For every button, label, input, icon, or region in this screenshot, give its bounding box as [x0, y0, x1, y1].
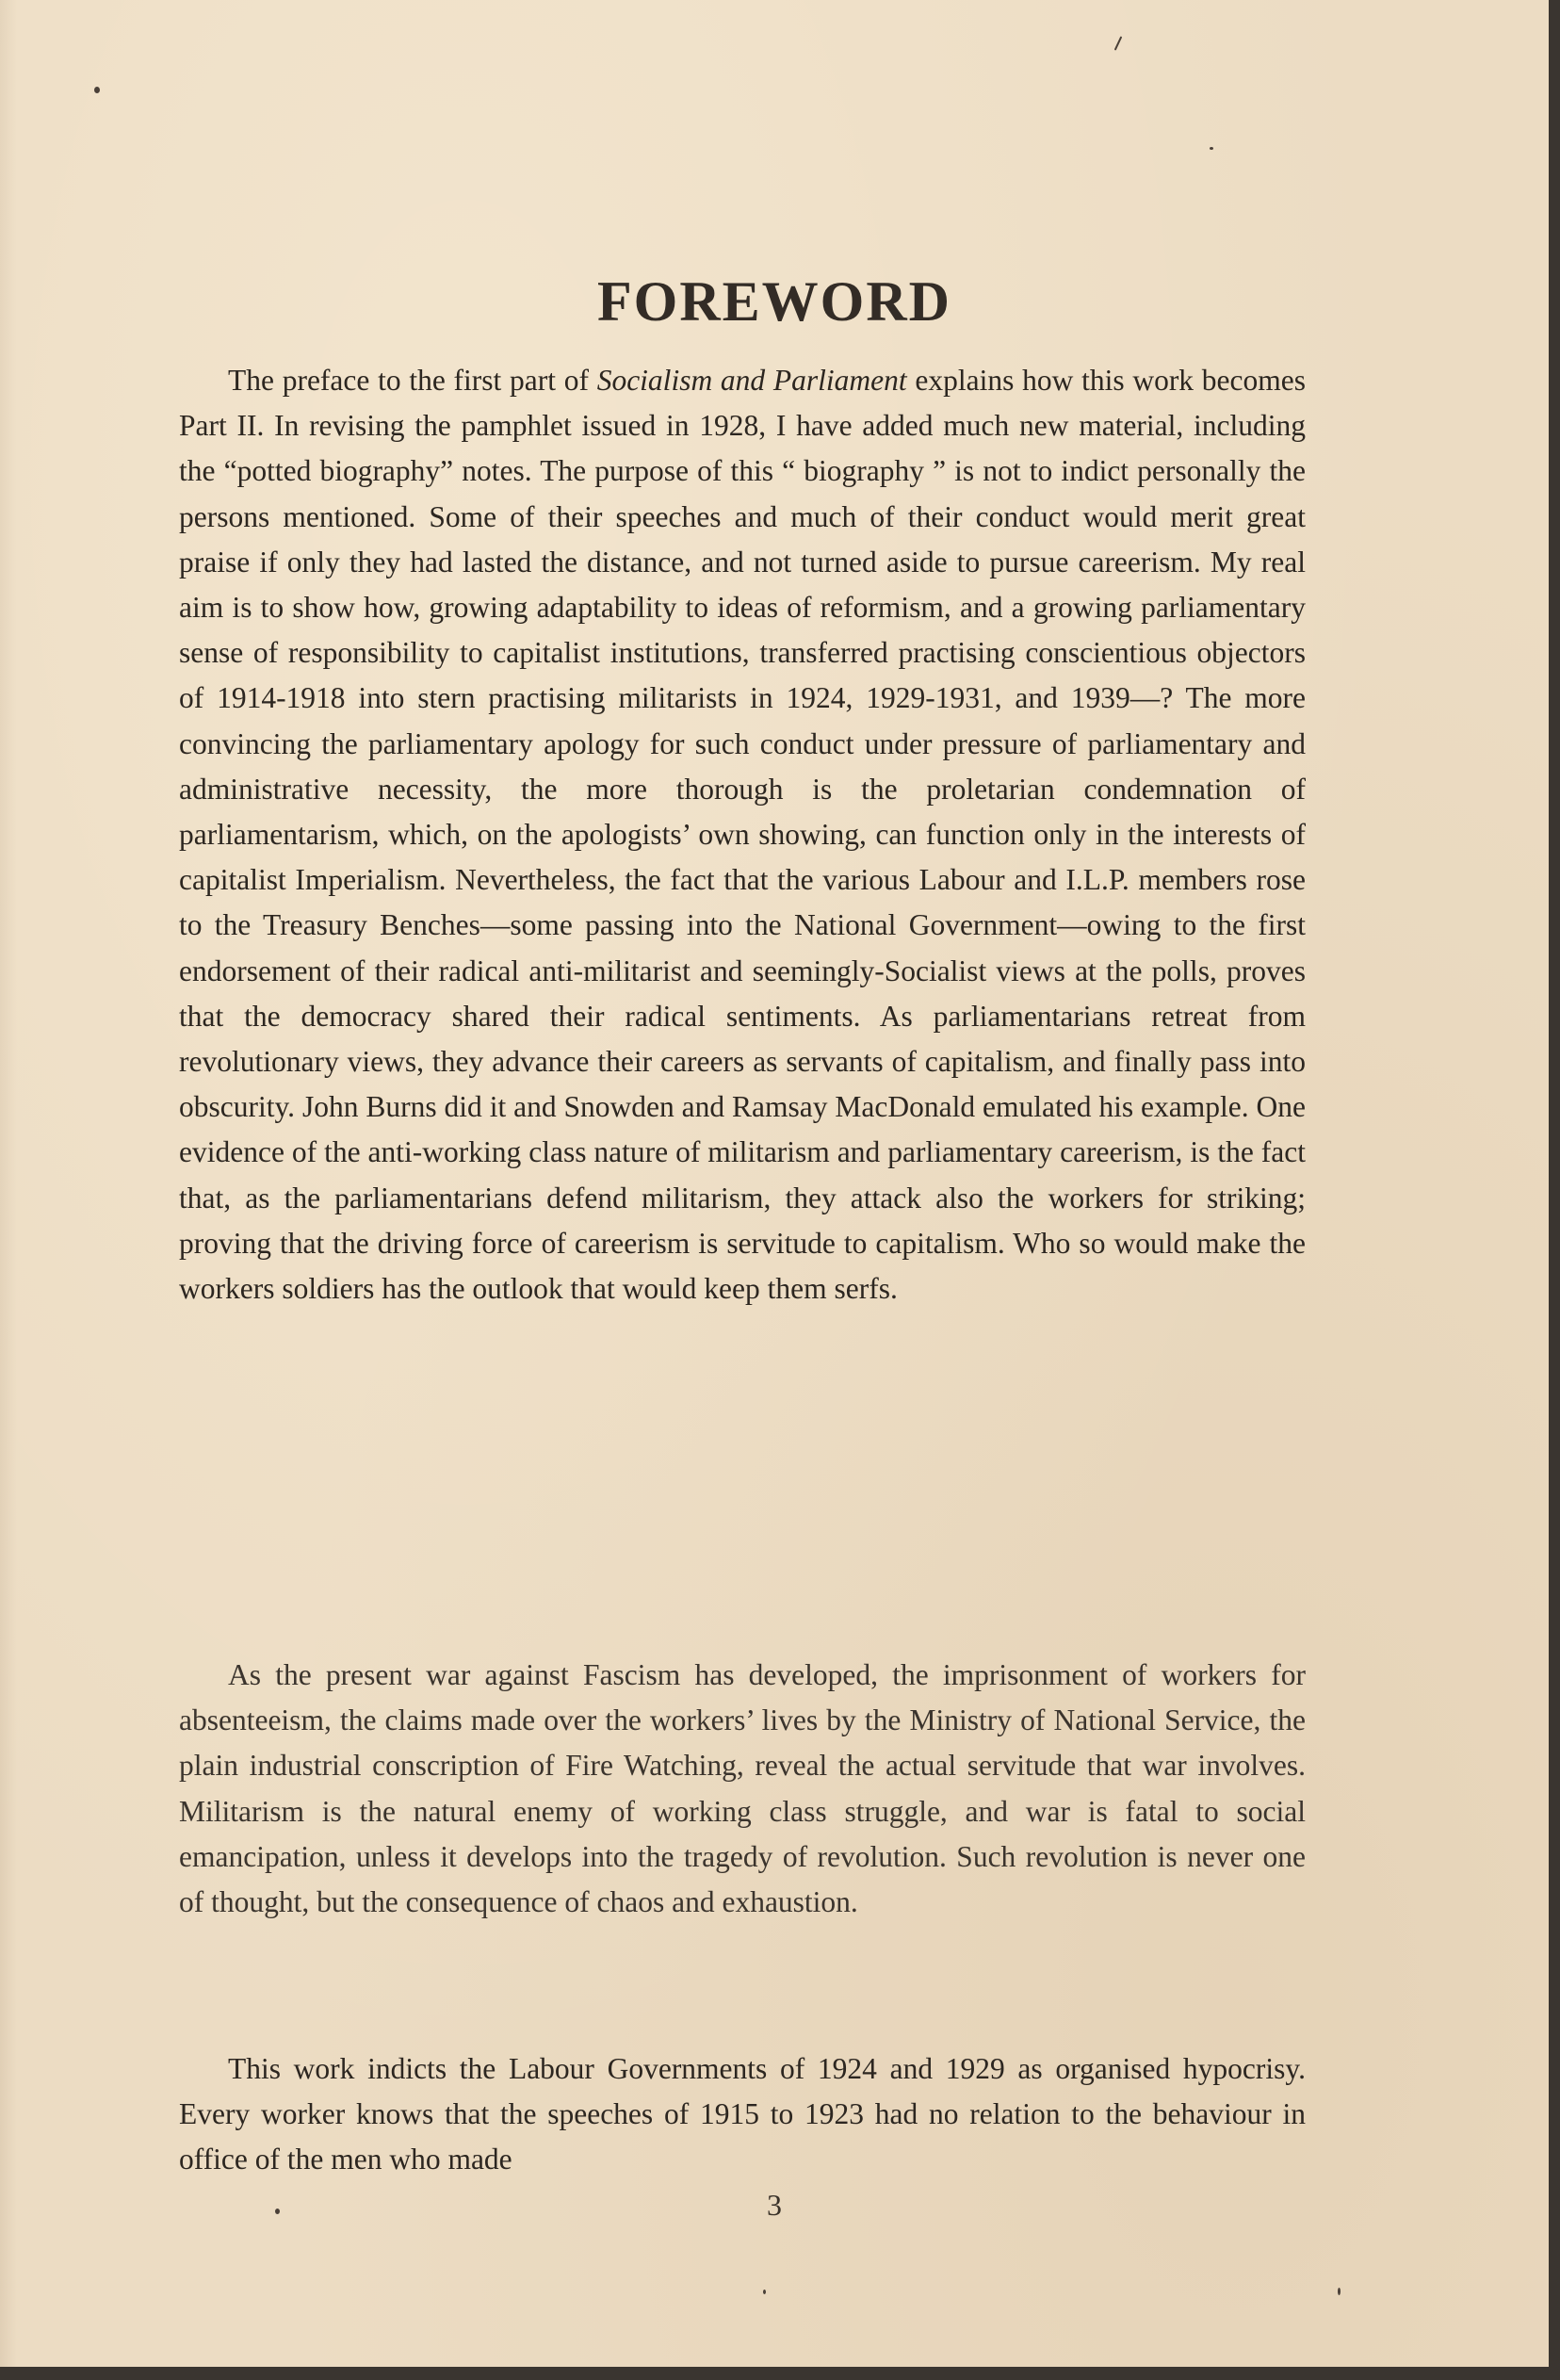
paragraph-2: As the present war against Fascism has d…: [179, 1653, 1306, 1925]
paragraph-3-text: This work indicts the Labour Governments…: [179, 2046, 1306, 2183]
document-page: FOREWORD The preface to the first part o…: [0, 0, 1549, 2367]
paper-speck: [1210, 147, 1213, 150]
paper-speck: [1114, 36, 1123, 50]
paragraph-1: The preface to the first part of Sociali…: [179, 358, 1306, 1312]
paragraph-2-text: As the present war against Fascism has d…: [179, 1653, 1306, 1925]
page-title: FOREWORD: [0, 269, 1549, 334]
paragraph-1-text: explains how this work becomes Part II. …: [179, 364, 1306, 1305]
book-title: Socialism and Parliament: [597, 364, 907, 397]
paper-speck: [1338, 2288, 1341, 2295]
paragraph-1-lead: The preface to the first part of: [228, 364, 597, 397]
paper-speck: [763, 2290, 766, 2294]
paragraph-3: This work indicts the Labour Governments…: [179, 2046, 1306, 2183]
paper-speck: [94, 87, 100, 93]
page-number: 3: [0, 2188, 1549, 2223]
paper-speck: [275, 2209, 280, 2214]
